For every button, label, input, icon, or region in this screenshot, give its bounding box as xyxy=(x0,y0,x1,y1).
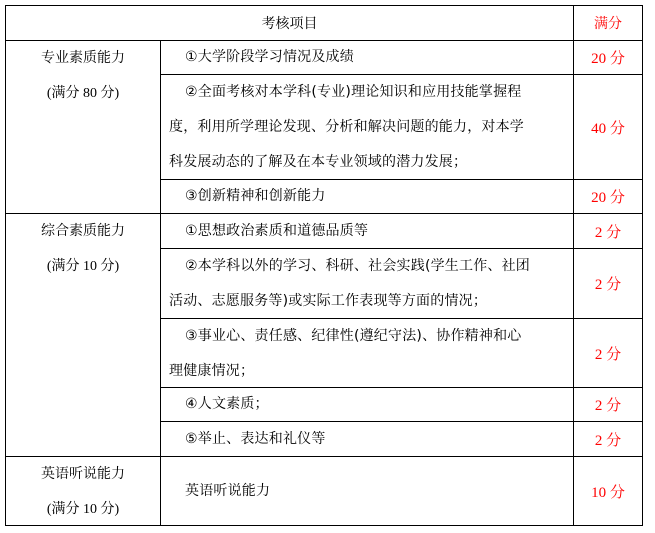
score-value: 10 分 xyxy=(591,481,625,502)
score-value: 2 分 xyxy=(595,394,621,415)
score-value: 40 分 xyxy=(591,117,625,138)
item-text: ⑤举止、表达和礼仪等 xyxy=(169,422,326,457)
item-score: 2 分 xyxy=(574,249,642,318)
item-score: 20 分 xyxy=(574,180,642,213)
item-text-line: 度，利用所学理论发现、分析和解决问题的能力，对本学 xyxy=(169,110,567,145)
score-value: 20 分 xyxy=(591,186,625,207)
item-row: ④人文素质； xyxy=(161,388,573,421)
item-row: ①思想政治素质和道德品质等 xyxy=(161,214,573,248)
item-score: 20 分 xyxy=(574,41,642,74)
category-comprehensive: 综合素质能力 (满分 10 分) xyxy=(6,214,160,456)
item-row: ②全面考核对本学科(专业)理论知识和应用技能掌握程 度，利用所学理论发现、分析和… xyxy=(161,75,573,179)
item-row: ⑤举止、表达和礼仪等 xyxy=(161,422,573,456)
item-text-line: 活动、志愿服务等)或实际工作表现等方面的情况； xyxy=(169,284,567,319)
item-row: ③创新精神和创新能力 xyxy=(161,180,573,213)
score-value: 2 分 xyxy=(595,273,621,294)
category-label: 综合素质能力 xyxy=(41,214,125,249)
item-row: 英语听说能力 xyxy=(161,457,573,526)
category-label: 英语听说能力 xyxy=(41,457,125,492)
item-text-line: ②全面考核对本学科(专业)理论知识和应用技能掌握程 xyxy=(169,75,567,110)
score-value: 20 分 xyxy=(591,47,625,68)
category-english: 英语听说能力 (满分 10 分) xyxy=(6,457,160,526)
category-label: 专业素质能力 xyxy=(41,41,125,76)
item-text: ①大学阶段学习情况及成绩 xyxy=(169,40,354,75)
item-text: ③创新精神和创新能力 xyxy=(169,179,326,214)
header-score-label: 满分 xyxy=(594,13,622,33)
item-text: ④人文素质； xyxy=(169,387,269,422)
header-item: 考核项目 xyxy=(6,6,573,40)
item-text: 英语听说能力 xyxy=(169,474,270,509)
item-text: ①思想政治素质和道德品质等 xyxy=(169,214,368,249)
item-row: ②本学科以外的学习、科研、社会实践(学生工作、社团 活动、志愿服务等)或实际工作… xyxy=(161,249,573,318)
header-score: 满分 xyxy=(574,6,642,40)
item-score: 10 分 xyxy=(574,457,642,526)
item-text-line: 科发展动态的了解及在本专业领域的潜力发展； xyxy=(169,145,567,180)
item-score: 2 分 xyxy=(574,214,642,248)
item-text-line: 理健康情况； xyxy=(169,354,567,389)
item-text-line: ②本学科以外的学习、科研、社会实践(学生工作、社团 xyxy=(169,249,567,284)
item-score: 2 分 xyxy=(574,388,642,421)
header-item-label: 考核项目 xyxy=(262,13,318,33)
item-text-line: ③事业心、责任感、纪律性(遵纪守法)、协作精神和心 xyxy=(169,319,567,354)
item-row: ③事业心、责任感、纪律性(遵纪守法)、协作精神和心 理健康情况； xyxy=(161,319,573,387)
score-value: 2 分 xyxy=(595,429,621,450)
category-sub-label: (满分 10 分) xyxy=(47,249,119,284)
score-value: 2 分 xyxy=(595,221,621,242)
category-professional: 专业素质能力 (满分 80 分) xyxy=(6,41,160,213)
category-sub-label: (满分 10 分) xyxy=(47,492,119,527)
category-sub-label: (满分 80 分) xyxy=(47,76,119,111)
item-score: 2 分 xyxy=(574,422,642,456)
assessment-table: 考核项目 满分 专业素质能力 (满分 80 分) ①大学阶段学习情况及成绩 20… xyxy=(5,5,643,526)
item-row: ①大学阶段学习情况及成绩 xyxy=(161,41,573,74)
item-score: 2 分 xyxy=(574,319,642,387)
score-value: 2 分 xyxy=(595,343,621,364)
item-score: 40 分 xyxy=(574,75,642,179)
